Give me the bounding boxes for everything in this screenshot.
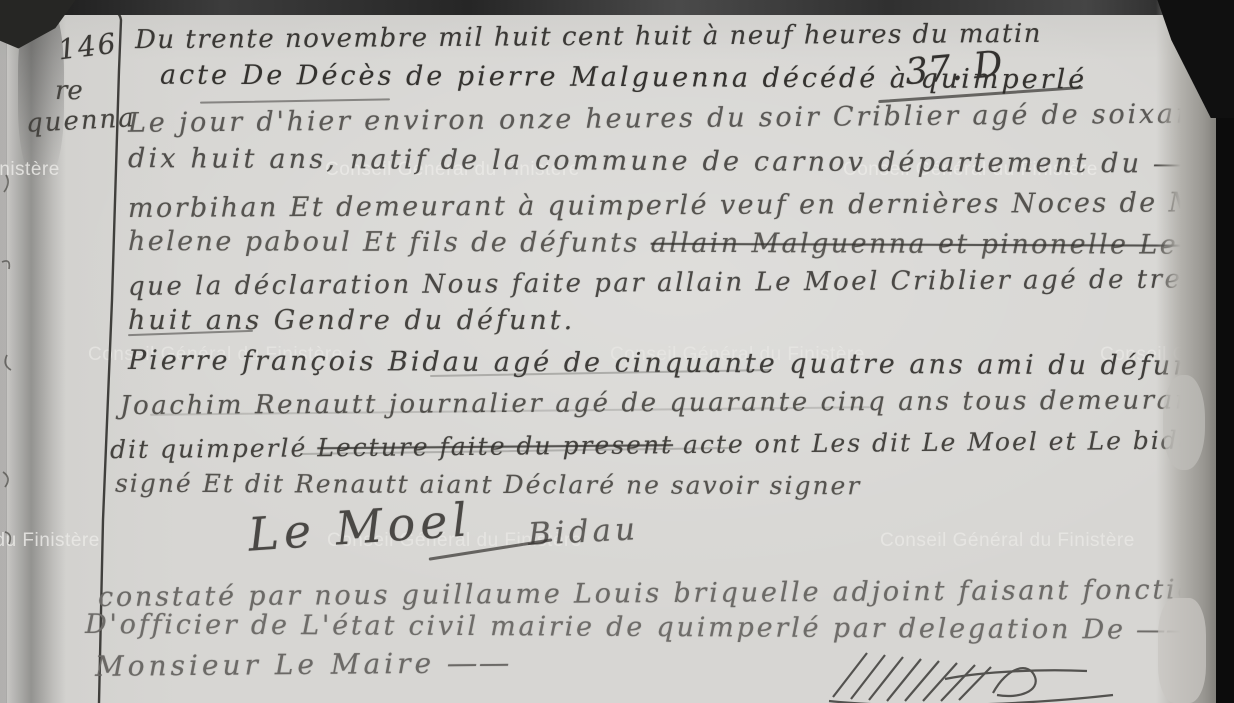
margin-name-fragment-1: re <box>55 76 83 106</box>
manuscript-line: Monsieur Le Maire ―― <box>95 646 512 683</box>
signature-bidau: Bidau <box>527 511 640 553</box>
line-segment: helene paboul Et fils de défunts <box>128 226 651 259</box>
manuscript-line: acte De Décès de pierre Malguenna décédé… <box>160 60 1087 96</box>
struck-line-segment: allain Malguenna et pinonelle Le padav <box>651 228 1234 261</box>
manuscript-line: dix huit ans, natif de la commune de car… <box>128 143 1234 180</box>
margin-name-fragment-2: quenna <box>25 103 136 139</box>
page-edge-highlight <box>1158 598 1206 703</box>
struck-line-segment: Lecture faite du present <box>317 430 673 462</box>
manuscript-line: Pierre françois Bidau agé de cinquante q… <box>128 345 1234 382</box>
manuscript-line: signé Et dit Renautt aiant Déclaré ne sa… <box>115 469 861 501</box>
scanned-death-record-page: Conseil Général du Finistère Conseil Gén… <box>0 0 1234 703</box>
watermark-text: Conseil Général du Finistère <box>880 530 1135 552</box>
manuscript-line: D'officier de L'état civil mairie de qui… <box>85 609 1227 646</box>
manuscript-line: morbihan Et demeurant à quimperlé veuf e… <box>128 187 1234 224</box>
line-segment: dit quimperlé <box>110 433 318 464</box>
manuscript-line: Du trente novembre mil huit cent huit à … <box>135 19 1042 55</box>
page-edge-highlight <box>1163 375 1205 470</box>
scan-border-top <box>0 0 1234 15</box>
adjacent-page-ink-fragment <box>0 150 22 570</box>
official-signature <box>825 645 1120 703</box>
line-segment: acte ont Les dit Le Moel et Le bidau ―― <box>673 425 1234 459</box>
manuscript-line: helene paboul Et fils de défunts allain … <box>128 226 1234 261</box>
manuscript-line: Joachim Renautt journalier agé de quaran… <box>120 385 1234 421</box>
